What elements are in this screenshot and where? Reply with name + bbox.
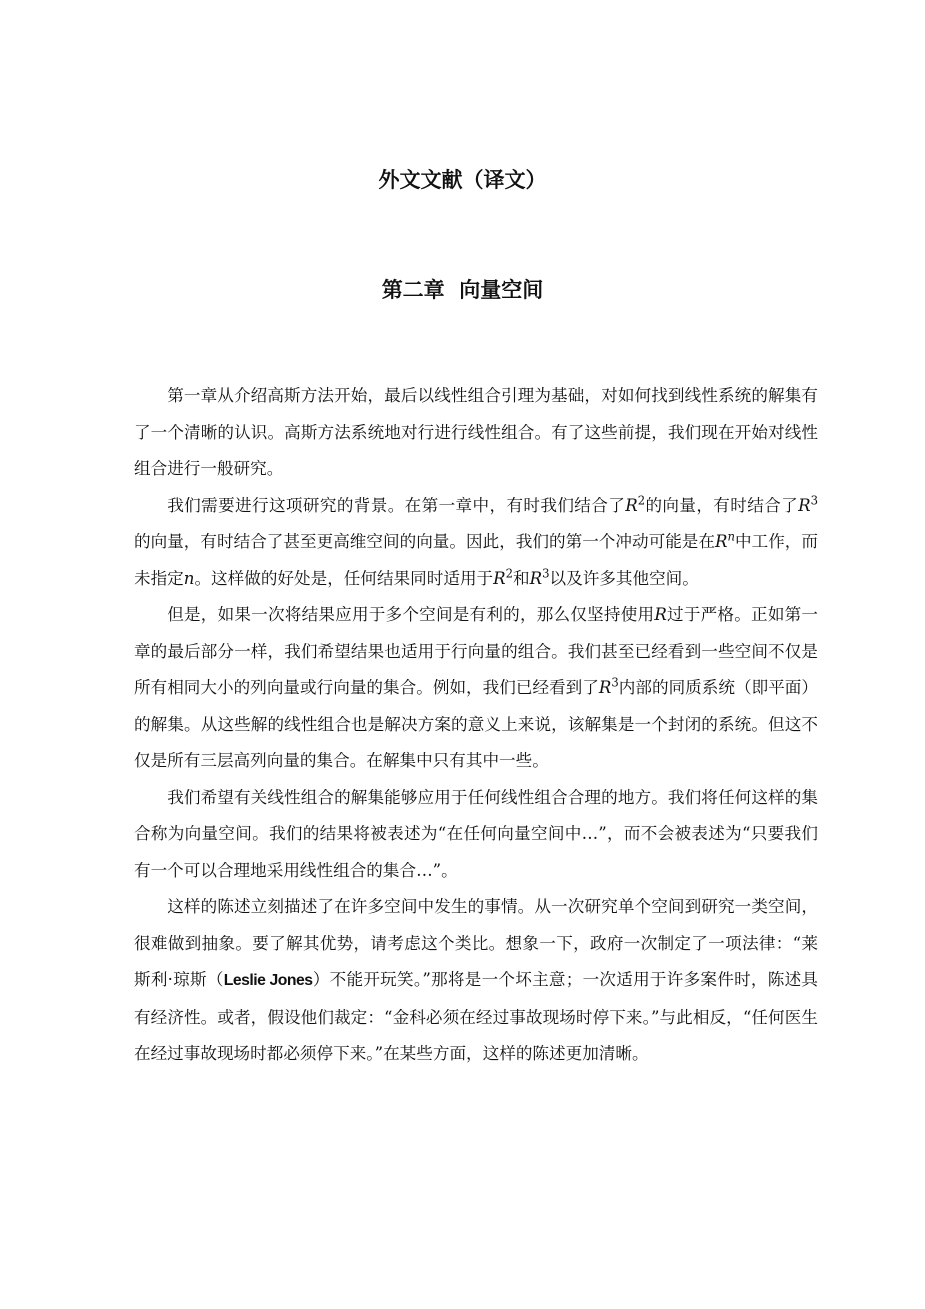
math-symbol: R3 xyxy=(798,496,818,515)
text-run: 但是，如果一次将结果应用于多个空间是有利的，那么仅坚持使用 xyxy=(167,605,654,624)
text-run: 我们希望有关线性组合的解集能够应用于任何线性组合合理的地方。我们将任何这样的集合… xyxy=(134,788,818,880)
math-symbol: Rn xyxy=(715,532,735,551)
math-superscript: 2 xyxy=(638,493,645,507)
math-symbol: R2 xyxy=(625,496,645,515)
math-superscript: 3 xyxy=(611,676,618,690)
math-superscript: 2 xyxy=(506,566,513,580)
text-run: 的向量，有时结合了甚至更高维空间的向量。因此，我们的第一个冲动可能是在 xyxy=(134,532,715,551)
latin-name: Leslie Jones xyxy=(224,972,313,989)
body-text: 第一章从介绍高斯方法开始，最后以线性组合引理为基础，对如何找到线性系统的解集有了… xyxy=(134,378,818,1073)
math-symbol: R2 xyxy=(493,569,513,588)
text-run: 和 xyxy=(513,569,530,588)
math-superscript: 3 xyxy=(811,493,818,507)
math-symbol: R3 xyxy=(530,569,550,588)
text-run: 我们需要进行这项研究的背景。在第一章中，有时我们结合了 xyxy=(167,496,625,515)
chapter-title: 第二章 向量空间 xyxy=(0,274,925,304)
text-run: 。这样做的好处是，任何结果同时适用于 xyxy=(194,569,493,588)
paragraph-2: 我们需要进行这项研究的背景。在第一章中，有时我们结合了R2的向量，有时结合了R3… xyxy=(134,488,818,598)
text-run: 的向量，有时结合了 xyxy=(645,496,798,515)
paragraph-5: 这样的陈述立刻描述了在许多空间中发生的事情。从一次研究单个空间到研究一类空间，很… xyxy=(134,889,818,1073)
document-page: 外文文献（译文） 第二章 向量空间 第一章从介绍高斯方法开始，最后以线性组合引理… xyxy=(0,0,925,1309)
math-symbol: n xyxy=(184,569,195,588)
text-run: 以及许多其他空间。 xyxy=(550,569,699,588)
paragraph-4: 我们希望有关线性组合的解集能够应用于任何线性组合合理的地方。我们将任何这样的集合… xyxy=(134,780,818,890)
math-superscript: 3 xyxy=(542,566,549,580)
text-run: 第一章从介绍高斯方法开始，最后以线性组合引理为基础，对如何找到线性系统的解集有了… xyxy=(134,386,818,478)
document-title: 外文文献（译文） xyxy=(0,164,925,194)
math-symbol: R xyxy=(654,605,667,624)
math-superscript: n xyxy=(728,530,735,544)
paragraph-3: 但是，如果一次将结果应用于多个空间是有利的，那么仅坚持使用R过于严格。正如第一章… xyxy=(134,597,818,780)
paragraph-1: 第一章从介绍高斯方法开始，最后以线性组合引理为基础，对如何找到线性系统的解集有了… xyxy=(134,378,818,488)
math-symbol: R3 xyxy=(599,678,619,697)
